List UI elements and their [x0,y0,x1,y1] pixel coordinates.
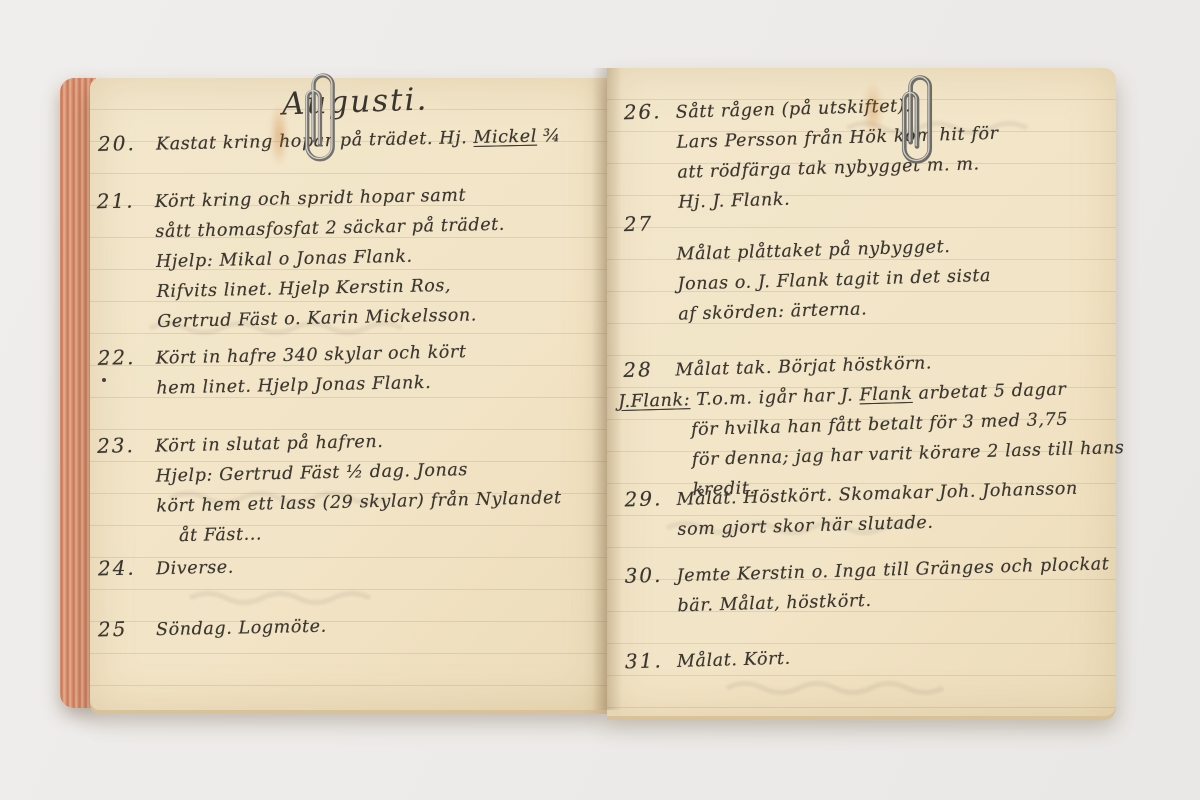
entry-day-number: 20. [98,130,157,156]
entry-day-number: 30. [624,561,677,587]
handwritten-line: Målat. Kört. [677,644,792,677]
handwritten-line: Söndag. Logmöte. [156,612,327,646]
entry-text: Kastat kring hopar på trädet. Hj. Mickel… [156,121,561,159]
paper-speck [102,378,106,382]
diary-right-page: 26.Sått rågen (på utskiftet).Lars Persso… [607,68,1116,716]
diary-entry: 26.Sått rågen (på utskiftet).Lars Persso… [623,89,1000,219]
entry-text: Diverse. [156,553,235,585]
entry-text: Målat plåttaket på nybygget.Jonas o. J. … [676,231,992,330]
diary-book: Augusti. 20.Kastat kring hopar på trädet… [60,66,1118,718]
entry-day-number: 27 [623,210,676,236]
diary-entry: 20.Kastat kring hopar på trädet. Hj. Mic… [98,121,561,161]
entry-day-number: 22. [97,344,156,370]
entry-day-number: 29. [624,485,677,511]
handwritten-line: Kastat kring hopar på trädet. Hj. Mickel… [156,121,561,159]
handwritten-line: Diverse. [156,553,235,585]
diary-left-page: Augusti. 20.Kastat kring hopar på trädet… [90,78,607,710]
right-page-entries: 26.Sått rågen (på utskiftet).Lars Persso… [607,68,1116,716]
entry-day-number: 26. [623,98,676,124]
diary-entry: 31.Målat. Kört. [625,644,792,679]
entry-text: Kört in hafre 340 skylar och körthem lin… [155,337,467,403]
entry-text: Jemte Kerstin o. Inga till Gränges och p… [676,549,1110,621]
entry-text: Söndag. Logmöte. [156,612,327,646]
diary-entry: 25Söndag. Logmöte. [98,612,327,647]
diary-entry: 21.Kört kring och spridt hopar samtsått … [96,180,507,339]
entry-text: Kört kring och spridt hopar samtsått tho… [154,180,507,337]
entry-text: Målat. Kört. [677,644,792,677]
diary-entry: 22.Kört in hafre 340 skylar och körthem … [97,337,467,405]
diary-entry: 30.Jemte Kerstin o. Inga till Gränges oc… [624,549,1110,623]
entry-text: Kört in slutat på hafren.Hjelp: Gertrud … [155,423,563,551]
handwritten-line: hem linet. Hjelp Jonas Flank. [156,367,467,404]
entry-day-number: 24. [98,554,157,580]
entry-day-number: 23. [97,432,156,458]
entry-text: Sått rågen (på utskiftet).Lars Persson f… [675,89,1000,218]
entry-day-number: 31. [625,647,678,673]
left-page-entries: 20.Kastat kring hopar på trädet. Hj. Mic… [90,78,607,710]
entry-text: Målat. Höstkört. Skomakar Joh. Johansson… [676,474,1079,545]
entry-day-number: 28 [623,356,676,382]
entry-day-number: 21. [96,187,155,213]
diary-entry: 27Målat plåttaket på nybygget.Jonas o. J… [623,201,992,331]
diary-entry: 24.Diverse. [98,553,235,586]
diary-entry: 29.Målat. Höstkört. Skomakar Joh. Johans… [624,474,1079,547]
photograph-background: Augusti. 20.Kastat kring hopar på trädet… [0,0,1200,800]
diary-entry: 23.Kört in slutat på hafren.Hjelp: Gertr… [97,423,563,553]
handwritten-line: Gertrud Fäst o. Karin Mickelsson. [157,300,507,337]
entry-day-number: 25 [98,615,157,641]
